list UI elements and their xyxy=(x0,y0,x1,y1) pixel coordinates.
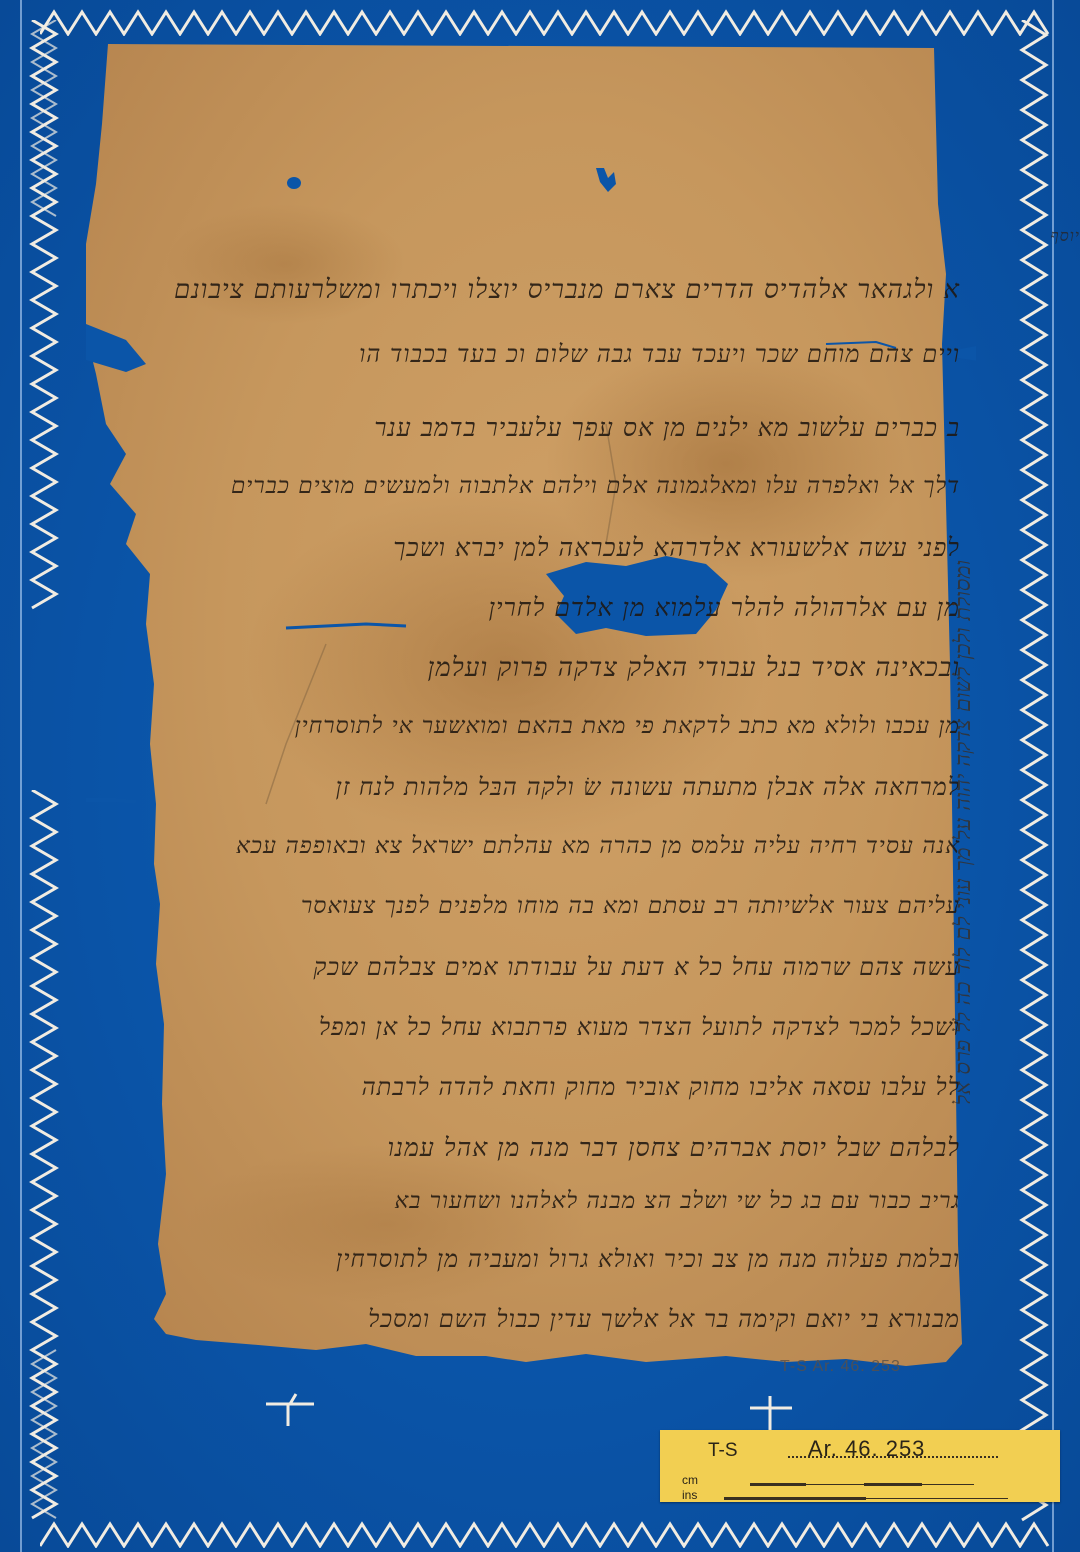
collection-code: T-S xyxy=(708,1440,738,1462)
text-line-17: ובלמת פעלוה מנה מן צב וכיר ואולא גרול ומ… xyxy=(336,1245,960,1274)
text-line-14: לל עלבו עסאה אליבו מחוק אוביר מחוק וחאת … xyxy=(362,1073,960,1102)
text-line-12: עשה צהם שרמוה עחל כל א דעת על עבודתו אמי… xyxy=(314,953,961,982)
stitching-right xyxy=(1018,20,1050,1530)
shelfmark-label: T-S Ar. 46. 253 cm ins xyxy=(660,1430,1060,1502)
dotted-underline xyxy=(788,1456,998,1458)
stitching-bottom xyxy=(40,1518,1050,1548)
text-line-1: א ולגהאר אלהדיס הדרים צארם מנבריס יוצלו … xyxy=(174,275,960,305)
text-line-18: מבנורא בי יואם וקימה בר אל אלשך עדין כבו… xyxy=(368,1305,960,1334)
scale-ins-bar-2 xyxy=(866,1498,1008,1499)
scale-cm-label: cm xyxy=(682,1473,698,1487)
text-line-13: ושכל למכר לצדקה לתועל הצדר מעוא פרתבוא ע… xyxy=(319,1013,960,1042)
scale-ins-bar-1 xyxy=(724,1497,866,1500)
text-line-4: דלך אל ואלפרה עלו ומאלגמונה אלם וילהם אל… xyxy=(231,473,960,499)
scale-cm-bar-1 xyxy=(750,1483,806,1486)
scale-cm-bar-2 xyxy=(806,1484,864,1485)
scale-cm-bar-3 xyxy=(864,1483,922,1486)
scale-ins-label: ins xyxy=(682,1488,697,1502)
thread-cross-left xyxy=(262,1392,318,1432)
text-line-2: ויים צהם מוחם שכר ויעכד עבד גבה שלום וכ … xyxy=(359,340,960,369)
text-line-8: מן עכבו ולולא מא כתב לדקאת פי מאת בהאם ו… xyxy=(295,713,960,739)
text-line-9: למרחאה אלה אבלן מתעתה עשונה שׂ ולקה הבּל… xyxy=(336,773,960,802)
shelfmark-number: Ar. 46. 253 xyxy=(808,1436,925,1462)
text-line-6: מן עם אלרהולה להלר עלמוא מן אלדם לחרין xyxy=(489,593,960,623)
text-line-11: עליהם צעור אלשיותה רב עסתם ומא בה מוחו מ… xyxy=(301,893,960,919)
stitching-left-upper xyxy=(26,20,62,610)
margin-note-vertical: ומסולת ולכן לשום צדקה יהוה על מך עוני לם… xyxy=(950,560,976,1330)
text-line-5: לפני עשה אלשעורא אלדרהא לעכראה למן יברא … xyxy=(393,533,960,563)
pencil-shelfmark: T-S Ar. 46. 253 xyxy=(780,1358,901,1376)
text-line-15: לבלהם שבל יוסת אברהים צחסן דבר מנה מן אה… xyxy=(387,1133,960,1163)
scale-cm-bar-4 xyxy=(922,1484,974,1485)
text-line-16: גריב כבור עם בג כל שי ושלב הצ מבנה לאלהנ… xyxy=(394,1188,960,1214)
text-line-3: ב כברים עלשוב מא ילנים מן אס עפך עלעביר … xyxy=(374,413,960,443)
text-line-10: אנה עסיד רחיה עליה עלמס מן כהרה מא עהלתם… xyxy=(236,833,960,859)
stitching-left-lower xyxy=(26,790,62,1530)
text-line-7: ובכאינה אסיד בנל עבודי האלק צדקה פרוק וע… xyxy=(428,653,960,683)
stitching-top xyxy=(40,6,1050,36)
header-annotation: יוסף xyxy=(880,226,1080,246)
glass-edge-left xyxy=(20,0,22,1552)
